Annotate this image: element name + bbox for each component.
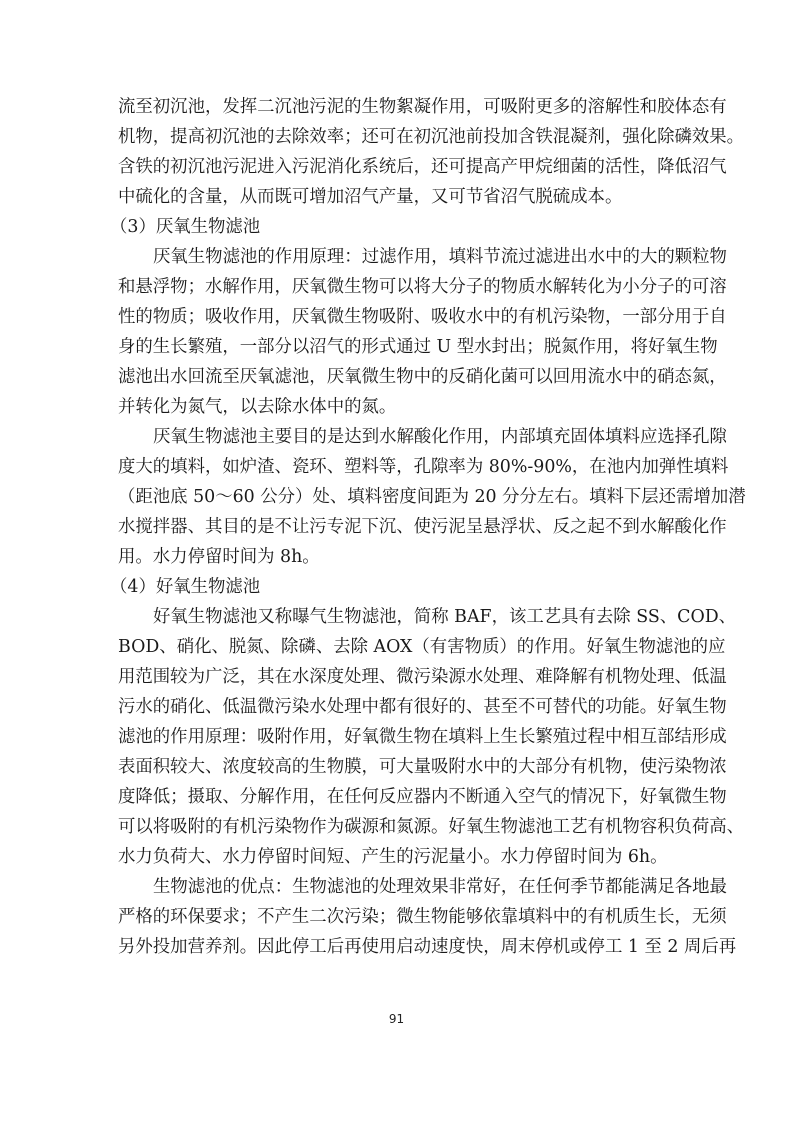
text-line: 用。水力停留时间为 8h。 <box>118 542 678 572</box>
text-line: 水力负荷大、水力停留时间短、产生的污泥量小。水力停留时间为 6h。 <box>118 842 678 872</box>
text-line: 流至初沉池，发挥二沉池污泥的生物絮凝作用，可吸附更多的溶解性和胶体态有 <box>118 92 678 122</box>
text-line: 厌氧生物滤池的作用原理：过滤作用，填料节流过滤进出水中的大的颗粒物 <box>118 242 678 272</box>
text-line: 滤池出水回流至厌氧滤池，厌氧微生物中的反硝化菌可以回用流水中的硝态氮， <box>118 362 678 392</box>
text-line: 性的物质；吸收作用，厌氧微生物吸附、吸收水中的有机污染物，一部分用于自 <box>118 302 678 332</box>
text-line: 污水的硝化、低温微污染水处理中都有很好的、甚至不可替代的功能。好氧生物 <box>118 692 678 722</box>
text-line: 生物滤池的优点：生物滤池的处理效果非常好，在任何季节都能满足各地最 <box>118 872 678 902</box>
text-line: 和悬浮物；水解作用，厌氧微生物可以将大分子的物质水解转化为小分子的可溶 <box>118 272 678 302</box>
text-line: 厌氧生物滤池主要目的是达到水解酸化作用，内部填充固体填料应选择孔隙 <box>118 422 678 452</box>
text-line: 严格的环保要求；不产生二次污染；微生物能够依靠填料中的有机质生长，无须 <box>118 902 678 932</box>
text-line: 好氧生物滤池又称曝气生物滤池，简称 BAF，该工艺具有去除 SS、COD、 <box>118 602 678 632</box>
text-line: 身的生长繁殖，一部分以沼气的形式通过 U 型水封出；脱氮作用，将好氧生物 <box>118 332 678 362</box>
text-line: 表面积较大、浓度较高的生物膜，可大量吸附水中的大部分有机物，使污染物浓 <box>118 752 678 782</box>
text-line: 中硫化的含量，从而既可增加沼气产量，又可节省沼气脱硫成本。 <box>118 182 678 212</box>
text-line: 水搅拌器、其目的是不让污专泥下沉、使污泥呈悬浮状、反之起不到水解酸化作 <box>118 512 678 542</box>
text-line: 机物，提高初沉池的去除效率；还可在初沉池前投加含铁混凝剂，强化除磷效果。 <box>118 122 678 152</box>
text-line: 度降低；摄取、分解作用，在任何反应器内不断通入空气的情况下，好氧微生物 <box>118 782 678 812</box>
text-line: 含铁的初沉池污泥进入污泥消化系统后，还可提高产甲烷细菌的活性，降低沼气 <box>118 152 678 182</box>
page-number: 91 <box>0 1012 793 1026</box>
text-line: 另外投加营养剂。因此停工后再使用启动速度快，周末停机或停工 1 至 2 周后再 <box>118 932 678 962</box>
text-line: （距池底 50～60 公分）处、填料密度间距为 20 分分左右。填料下层还需增加… <box>118 482 678 512</box>
text-line: 并转化为氮气，以去除水体中的氮。 <box>118 392 678 422</box>
text-line: 度大的填料，如炉渣、瓷环、塑料等，孔隙率为 80%-90%，在池内加弹性填料 <box>118 452 678 482</box>
section-heading-4: （4）好氧生物滤池 <box>110 572 678 602</box>
text-line: BOD、硝化、脱氮、除磷、去除 AOX（有害物质）的作用。好氧生物滤池的应 <box>118 632 678 662</box>
section-heading-3: （3）厌氧生物滤池 <box>110 212 678 242</box>
text-line: 滤池的作用原理：吸附作用，好氧微生物在填料上生长繁殖过程中相互部结形成 <box>118 722 678 752</box>
document-page: 流至初沉池，发挥二沉池污泥的生物絮凝作用，可吸附更多的溶解性和胶体态有 机物，提… <box>118 92 678 962</box>
text-line: 可以将吸附的有机污染物作为碳源和氮源。好氧生物滤池工艺有机物容积负荷高、 <box>118 812 678 842</box>
text-line: 用范围较为广泛，其在水深度处理、微污染源水处理、难降解有机物处理、低温 <box>118 662 678 692</box>
